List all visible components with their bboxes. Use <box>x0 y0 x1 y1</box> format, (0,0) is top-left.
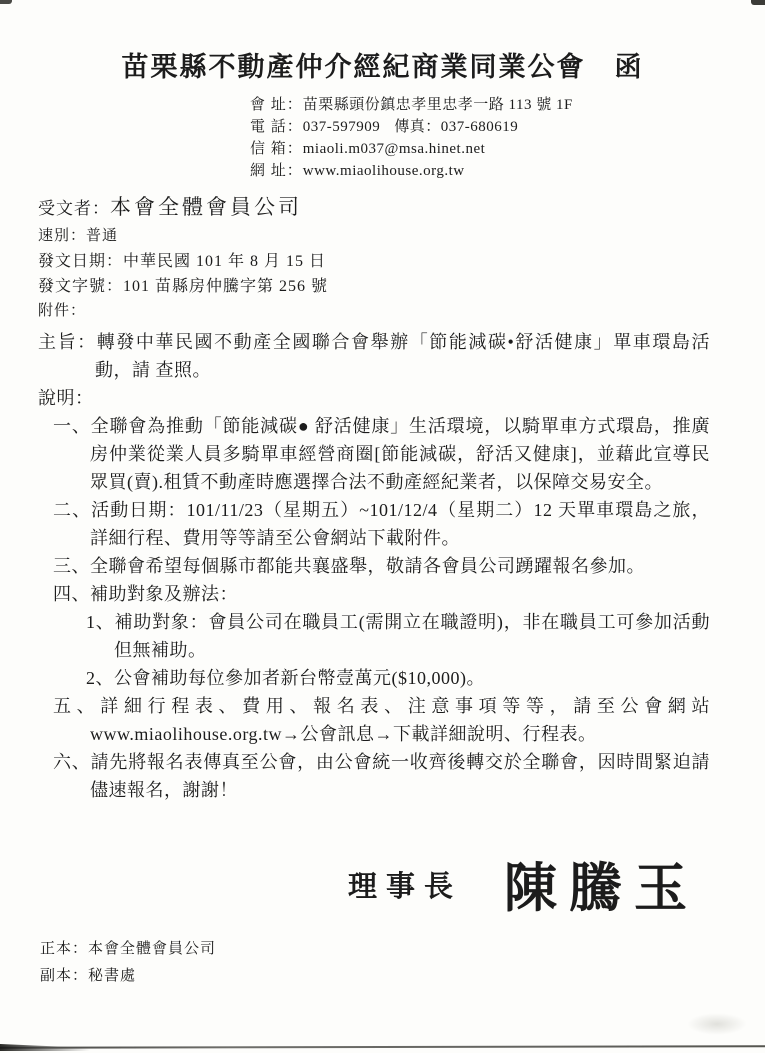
subitem-number: 2、 <box>86 668 114 688</box>
recipient-value: 本會全體會員公司 <box>110 195 302 219</box>
letter-body: 主旨：轉發中華民國不動產全國聯合會舉辦「節能減碳•舒活健康」單車環島活動，請 查… <box>38 328 710 804</box>
original-copy-row: 正本：本會全體會員公司 <box>40 936 765 963</box>
item-text: 全聯會希望每個縣市都能共襄盛舉，敬請各會員公司踴躍報名參加。 <box>90 556 645 576</box>
subitem-text: 公會補助每位參加者新台幣壹萬元($10,000)。 <box>114 668 485 688</box>
website-value: www.miaolihouse.org.tw <box>303 163 465 179</box>
carbon-copy-row: 副本：秘書處 <box>40 963 765 990</box>
recipient-label: 受文者： <box>38 199 110 218</box>
scan-artifact-bottom-edge <box>0 1045 765 1049</box>
speed-value: 普通 <box>86 228 118 244</box>
address-value: 苗栗縣頭份鎮忠孝里忠孝一路 113 號 1F <box>303 97 573 113</box>
scan-artifact-bottom-wedge <box>0 1044 90 1051</box>
attachment-label: 附件： <box>38 303 86 319</box>
contact-website-row: 網 址：www.miaolihouse.org.tw <box>250 160 765 182</box>
subject-label: 主旨： <box>38 332 97 352</box>
attachment-row: 附件： <box>38 299 765 324</box>
contact-email-row: 信 箱：miaoli.m037@msa.hinet.net <box>250 138 765 160</box>
issue-date-row: 發文日期：中華民國 101 年 8 月 15 日 <box>38 249 765 274</box>
item-text: 活動日期：101/11/23（星期五）~101/12/4（星期二）12 天單車環… <box>90 500 710 548</box>
item-number: 四、 <box>53 584 90 604</box>
original-copy-value: 本會全體會員公司 <box>88 941 216 957</box>
email-label: 信 箱： <box>250 141 303 157</box>
address-label: 會 址： <box>250 97 303 113</box>
signature-block: 理事長 陳騰玉 <box>348 848 765 920</box>
email-value: miaoli.m037@msa.hinet.net <box>303 141 486 157</box>
phone-value: 037-597909 <box>303 119 381 135</box>
speed-label: 速別： <box>38 228 86 244</box>
subitem-text: 補助對象：會員公司在職員工(需開立在職證明)，非在職員工可參加活動但無補助。 <box>114 612 710 660</box>
explanation-item-4-sub-2: 2、公會補助每位參加者新台幣壹萬元($10,000)。 <box>38 664 710 692</box>
item-text: 補助對象及辦法： <box>90 584 238 604</box>
subject-text: 轉發中華民國不動產全國聯合會舉辦「節能減碳•舒活健康」單車環島活動，請 查照。 <box>95 332 710 380</box>
chairman-name: 陳騰玉 <box>504 846 699 922</box>
item-number: 二、 <box>53 500 91 520</box>
subject-paragraph: 主旨：轉發中華民國不動產全國聯合會舉辦「節能減碳•舒活健康」單車環島活動，請 查… <box>38 328 710 384</box>
explanation-item-3: 三、全聯會希望每個縣市都能共襄盛舉，敬請各會員公司踴躍報名參加。 <box>38 552 710 580</box>
chairman-title: 理事長 <box>348 864 462 905</box>
issue-date-value: 中華民國 101 年 8 月 15 日 <box>123 253 326 270</box>
issue-date-label: 發文日期： <box>38 253 123 270</box>
recipient-row: 受文者：本會全體會員公司 <box>38 192 765 224</box>
item-number: 三、 <box>53 556 90 576</box>
letter-title: 苗栗縣不動產仲介經紀商業同業公會 函 <box>0 0 765 86</box>
item-number: 五、 <box>53 696 100 716</box>
explanation-label: 說明： <box>38 384 710 412</box>
phone-label: 電 話： <box>250 119 303 135</box>
reference-number-label: 發文字號： <box>38 278 123 295</box>
explanation-item-4: 四、補助對象及辦法： <box>38 580 710 608</box>
reference-number-row: 發文字號：101 苗縣房仲騰字第 256 號 <box>38 274 765 299</box>
item-number: 六、 <box>53 752 91 772</box>
item-text: 詳細行程表、費用、報名表、注意事項等等，請至公會網站www.miaolihous… <box>90 696 710 744</box>
contact-address-row: 會 址：苗栗縣頭份鎮忠孝里忠孝一路 113 號 1F <box>250 94 765 116</box>
meta-block: 受文者：本會全體會員公司 速別：普通 發文日期：中華民國 101 年 8 月 1… <box>38 192 765 324</box>
fax-label: 傳真： <box>394 119 441 135</box>
item-text: 請先將報名表傳真至公會，由公會統一收齊後轉交於全聯會，因時間緊迫請儘速報名，謝謝… <box>90 752 710 800</box>
carbon-copy-value: 秘書處 <box>88 968 136 984</box>
distribution-block: 正本：本會全體會員公司 副本：秘書處 <box>40 936 765 990</box>
scanned-letter-page: 苗栗縣不動產仲介經紀商業同業公會 函 會 址：苗栗縣頭份鎮忠孝里忠孝一路 113… <box>0 0 765 1053</box>
explanation-item-5: 五、詳細行程表、費用、報名表、注意事項等等，請至公會網站www.miaoliho… <box>38 692 710 748</box>
explanation-item-1: 一、全聯會為推動「節能減碳● 舒活健康」生活環境，以騎單車方式環島，推廣房仲業從… <box>38 412 710 496</box>
explanation-item-6: 六、請先將報名表傳真至公會，由公會統一收齊後轉交於全聯會，因時間緊迫請儘速報名，… <box>38 748 710 804</box>
scan-artifact-smudge <box>687 1013 747 1035</box>
website-label: 網 址： <box>250 163 303 179</box>
fax-value: 037-680619 <box>441 119 519 135</box>
item-text: 全聯會為推動「節能減碳● 舒活健康」生活環境，以騎單車方式環島，推廣房仲業從業人… <box>90 416 710 492</box>
original-copy-label: 正本： <box>40 941 88 957</box>
carbon-copy-label: 副本： <box>40 968 88 984</box>
speed-row: 速別：普通 <box>38 224 765 249</box>
item-number: 一、 <box>53 416 91 436</box>
explanation-item-2: 二、活動日期：101/11/23（星期五）~101/12/4（星期二）12 天單… <box>38 496 710 552</box>
subitem-number: 1、 <box>86 612 115 632</box>
contact-phone-row: 電 話：037-597909傳真：037-680619 <box>250 116 765 138</box>
contact-block: 會 址：苗栗縣頭份鎮忠孝里忠孝一路 113 號 1F 電 話：037-59790… <box>250 94 765 182</box>
reference-number-value: 101 苗縣房仲騰字第 256 號 <box>123 278 328 295</box>
explanation-item-4-sub-1: 1、補助對象：會員公司在職員工(需開立在職證明)，非在職員工可參加活動但無補助。 <box>38 608 710 664</box>
